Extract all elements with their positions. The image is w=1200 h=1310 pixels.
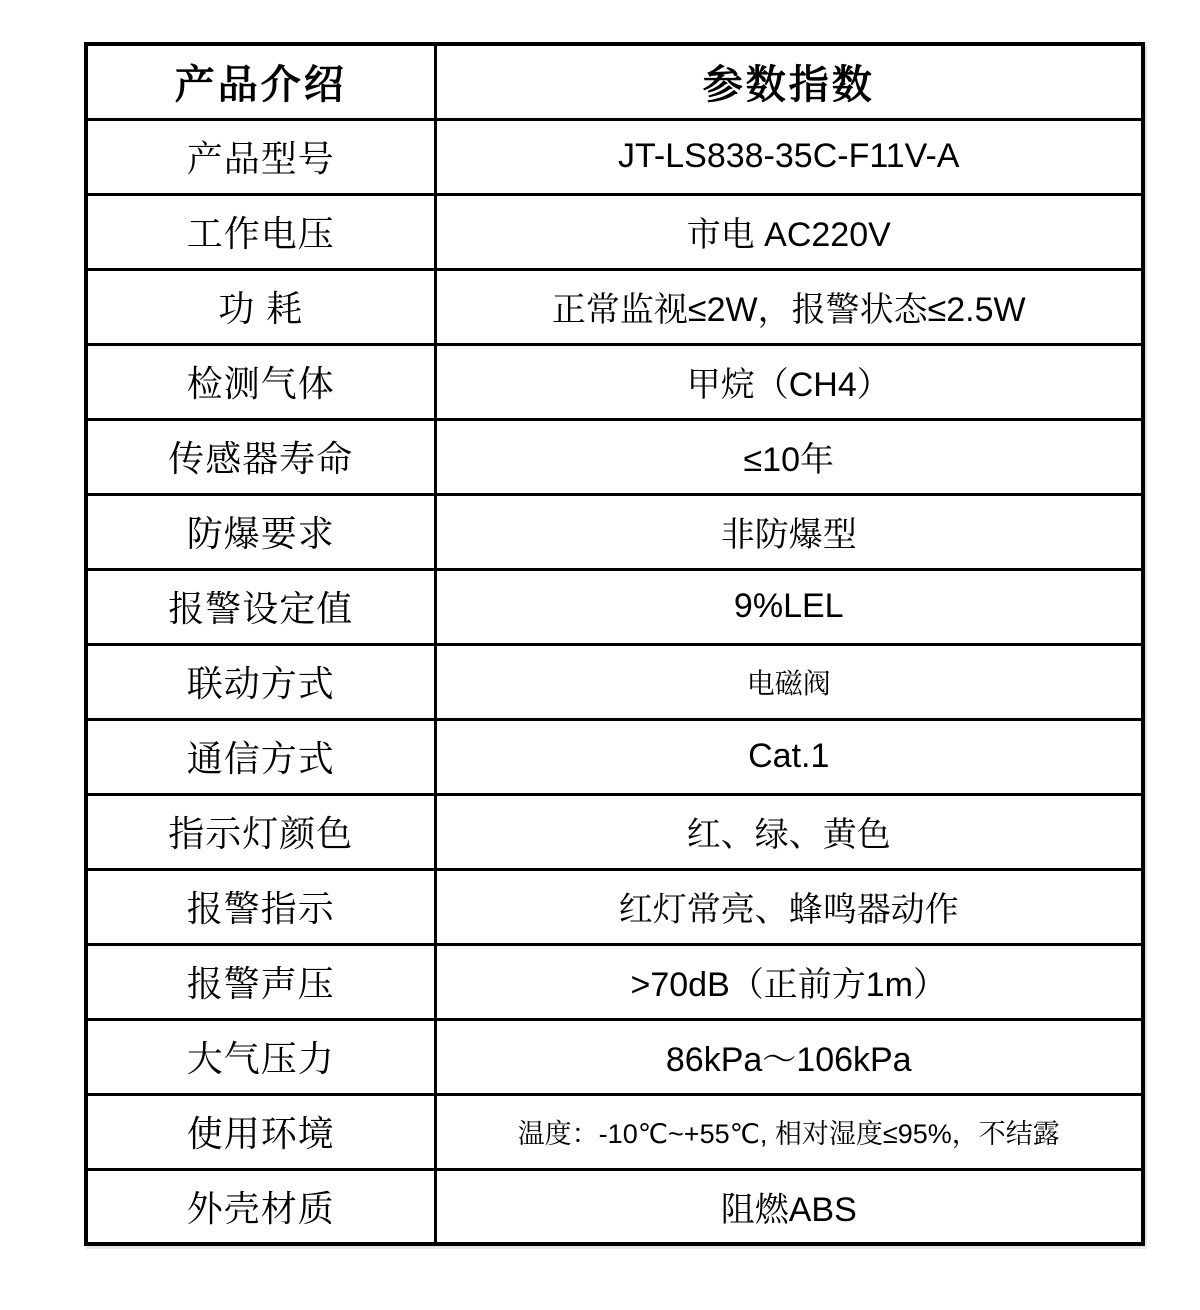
spec-value-indicator-colors: 红、绿、黄色 — [435, 794, 1143, 869]
spec-value-atmospheric-pressure: 86kPa～106kPa — [435, 1019, 1143, 1094]
table-row: 联动方式 电磁阀 — [86, 644, 1143, 719]
table-header-row: 产品介绍 参数指数 — [86, 44, 1143, 119]
table-row: 防爆要求 非防爆型 — [86, 494, 1143, 569]
spec-label-atmospheric-pressure: 大气压力 — [86, 1019, 435, 1094]
spec-value-alarm-sound-pressure: >70dB（正前方1m） — [435, 944, 1143, 1019]
table-row: 检测气体 甲烷（CH4） — [86, 344, 1143, 419]
spec-value-sensor-life: ≤10年 — [435, 419, 1143, 494]
spec-label-housing-material: 外壳材质 — [86, 1169, 435, 1244]
spec-value-product-model: JT-LS838-35C-F11V-A — [435, 119, 1143, 194]
table-row: 工作电压 市电 AC220V — [86, 194, 1143, 269]
spec-label-indicator-colors: 指示灯颜色 — [86, 794, 435, 869]
column-header-product-intro: 产品介绍 — [86, 44, 435, 119]
spec-value-alarm-setpoint: 9%LEL — [435, 569, 1143, 644]
table-row: 使用环境 温度：-10℃~+55℃, 相对湿度≤95%，不结露 — [86, 1094, 1143, 1169]
table-row: 报警设定值 9%LEL — [86, 569, 1143, 644]
table-row: 产品型号 JT-LS838-35C-F11V-A — [86, 119, 1143, 194]
table-row: 指示灯颜色 红、绿、黄色 — [86, 794, 1143, 869]
table-row: 外壳材质 阻燃ABS — [86, 1169, 1143, 1244]
spec-label-working-voltage: 工作电压 — [86, 194, 435, 269]
spec-value-linkage-mode: 电磁阀 — [435, 644, 1143, 719]
spec-label-alarm-setpoint: 报警设定值 — [86, 569, 435, 644]
product-spec-table: 产品介绍 参数指数 产品型号 JT-LS838-35C-F11V-A 工作电压 … — [84, 42, 1145, 1246]
spec-value-power-consumption: 正常监视≤2W，报警状态≤2.5W — [435, 269, 1143, 344]
spec-value-communication-mode: Cat.1 — [435, 719, 1143, 794]
spec-label-linkage-mode: 联动方式 — [86, 644, 435, 719]
spec-label-alarm-indication: 报警指示 — [86, 869, 435, 944]
spec-value-housing-material: 阻燃ABS — [435, 1169, 1143, 1244]
spec-value-alarm-indication: 红灯常亮、蜂鸣器动作 — [435, 869, 1143, 944]
table-row: 通信方式 Cat.1 — [86, 719, 1143, 794]
spec-label-explosion-proof: 防爆要求 — [86, 494, 435, 569]
table-row: 报警声压 >70dB（正前方1m） — [86, 944, 1143, 1019]
table-row: 报警指示 红灯常亮、蜂鸣器动作 — [86, 869, 1143, 944]
table-row: 功 耗 正常监视≤2W，报警状态≤2.5W — [86, 269, 1143, 344]
table-row: 大气压力 86kPa～106kPa — [86, 1019, 1143, 1094]
spec-value-working-voltage: 市电 AC220V — [435, 194, 1143, 269]
spec-label-communication-mode: 通信方式 — [86, 719, 435, 794]
spec-label-detected-gas: 检测气体 — [86, 344, 435, 419]
spec-value-detected-gas: 甲烷（CH4） — [435, 344, 1143, 419]
spec-label-alarm-sound-pressure: 报警声压 — [86, 944, 435, 1019]
spec-label-operating-environment: 使用环境 — [86, 1094, 435, 1169]
spec-value-operating-environment: 温度：-10℃~+55℃, 相对湿度≤95%，不结露 — [435, 1094, 1143, 1169]
spec-label-product-model: 产品型号 — [86, 119, 435, 194]
column-header-parameter-index: 参数指数 — [435, 44, 1143, 119]
spec-label-sensor-life: 传感器寿命 — [86, 419, 435, 494]
table-row: 传感器寿命 ≤10年 — [86, 419, 1143, 494]
spec-value-explosion-proof: 非防爆型 — [435, 494, 1143, 569]
spec-sheet-page: 产品介绍 参数指数 产品型号 JT-LS838-35C-F11V-A 工作电压 … — [0, 0, 1200, 1310]
spec-label-power-consumption: 功 耗 — [86, 269, 435, 344]
